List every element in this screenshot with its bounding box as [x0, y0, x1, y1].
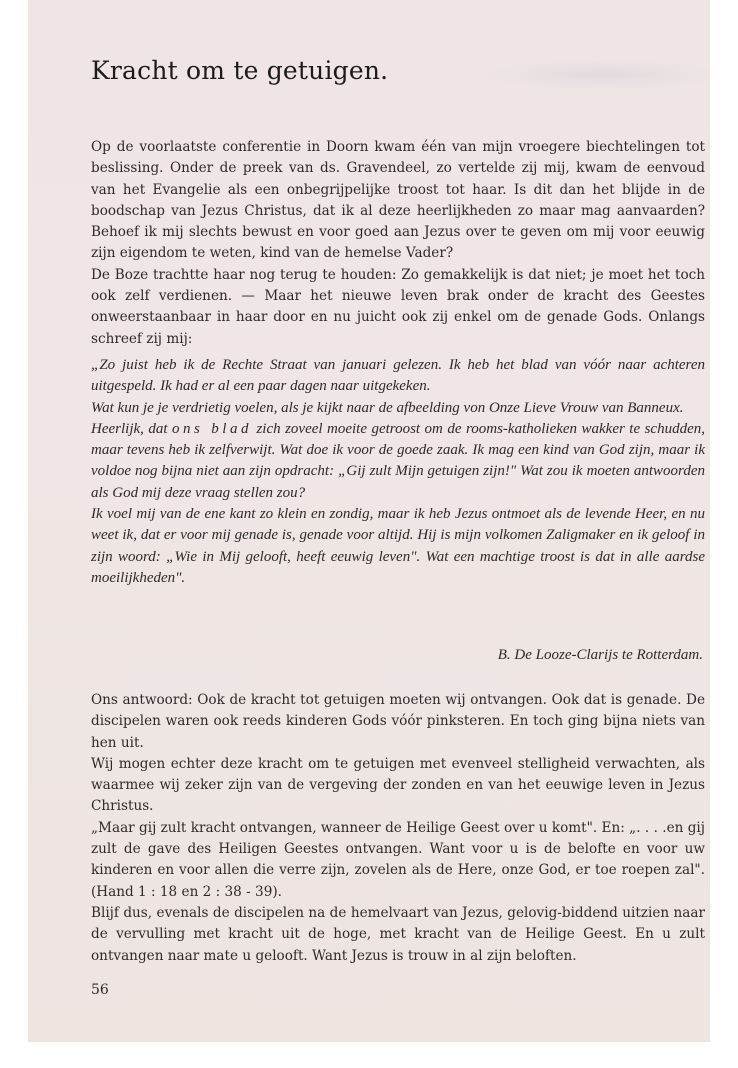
intro-section: Op de voorlaatste conferentie in Doorn k… [91, 137, 705, 350]
letter-quote: „Zo juist heb ik de Rechte Straat van ja… [91, 355, 705, 589]
letter-paragraph: „Zo juist heb ik de Rechte Straat van ja… [91, 355, 705, 398]
answer-section: Ons antwoord: Ook de kracht tot getuigen… [91, 690, 705, 967]
page-number: 56 [91, 982, 109, 998]
answer-paragraph: „Maar gij zult kracht ontvangen, wanneer… [91, 818, 705, 903]
intro-paragraph: De Boze trachtte haar nog terug te houde… [91, 265, 705, 350]
letter-signature: B. De Looze-Clarijs te Rotterdam. [498, 647, 703, 664]
intro-paragraph: Op de voorlaatste conferentie in Doorn k… [91, 137, 705, 265]
bleed-through-smudge [478, 60, 728, 90]
letter-paragraph: Heerlijk, dat ons blad zich zoveel moeit… [91, 419, 705, 504]
letter-text: Heerlijk, dat [91, 421, 172, 437]
emphasized-text: ons blad [172, 421, 252, 437]
letter-paragraph: Ik voel mij van de ene kant zo klein en … [91, 504, 705, 589]
answer-paragraph: Wij mogen echter deze kracht om te getui… [91, 754, 705, 818]
answer-paragraph: Blijf dus, evenals de discipelen na de h… [91, 903, 705, 967]
page-title: Kracht om te getuigen. [91, 56, 388, 85]
answer-paragraph: Ons antwoord: Ook de kracht tot getuigen… [91, 690, 705, 754]
letter-paragraph: Wat kun je je verdrietig voelen, als je … [91, 398, 705, 419]
